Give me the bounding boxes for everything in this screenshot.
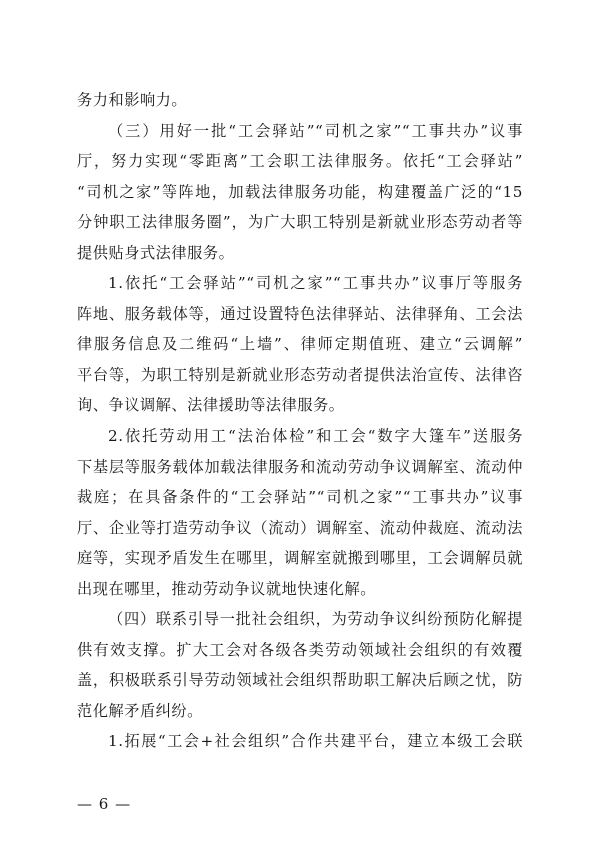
text-line: 裁庭；在具备条件的“工会驿站”“司机之家”“工事共办”议事 (77, 482, 523, 513)
text-line: 厅、企业等打造劳动争议（流动）调解室、流动仲裁庭、流动法 (77, 513, 523, 544)
text-line: 平台等，为职工特别是新就业形态劳动者提供法治宣传、法律咨 (77, 360, 523, 391)
text-line: 盖，积极联系引导劳动领域社会组织帮助职工解决后顾之忧，防 (77, 665, 523, 696)
text-line: 务力和影响力。 (77, 85, 523, 116)
text-line: 询、争议调解、法律援助等法律服务。 (77, 390, 523, 421)
text-line: 出现在哪里，推动劳动争议就地快速化解。 (77, 574, 523, 605)
text-line: 下基层等服务载体加载法律服务和流动劳动争议调解室、流动仲 (77, 452, 523, 483)
text-line: （三）用好一批“工会驿站”“司机之家”“工事共办”议事 (77, 116, 523, 147)
text-line: 1.拓展“工会+社会组织”合作共建平台，建立本级工会联 (77, 726, 523, 757)
text-line: 1.依托“工会驿站”“司机之家”“工事共办”议事厅等服务 (77, 268, 523, 299)
text-line: 庭等，实现矛盾发生在哪里，调解室就搬到哪里，工会调解员就 (77, 543, 523, 574)
text-line: 分钟职工法律服务圈”，为广大职工特别是新就业形态劳动者等 (77, 207, 523, 238)
text-line: “司机之家”等阵地，加载法律服务功能，构建覆盖广泛的“15 (77, 177, 523, 208)
page-number: — 6 — (77, 795, 131, 813)
text-line: 提供贴身式法律服务。 (77, 238, 523, 269)
text-line: 供有效支撑。扩大工会对各级各类劳动领域社会组织的有效覆 (77, 635, 523, 666)
text-line: 2.依托劳动用工“法治体检”和工会“数字大篷车”送服务 (77, 421, 523, 452)
text-line: 范化解矛盾纠纷。 (77, 696, 523, 727)
text-line: 厅，努力实现“零距离”工会职工法律服务。依托“工会驿站” (77, 146, 523, 177)
document-body: 务力和影响力。（三）用好一批“工会驿站”“司机之家”“工事共办”议事厅，努力实现… (77, 85, 523, 757)
text-line: （四）联系引导一批社会组织，为劳动争议纠纷预防化解提 (77, 604, 523, 635)
text-line: 阵地、服务载体等，通过设置特色法律驿站、法律驿角、工会法 (77, 299, 523, 330)
document-page: 务力和影响力。（三）用好一批“工会驿站”“司机之家”“工事共办”议事厅，努力实现… (0, 0, 600, 848)
text-line: 律服务信息及二维码“上墙”、律师定期值班、建立“云调解” (77, 329, 523, 360)
